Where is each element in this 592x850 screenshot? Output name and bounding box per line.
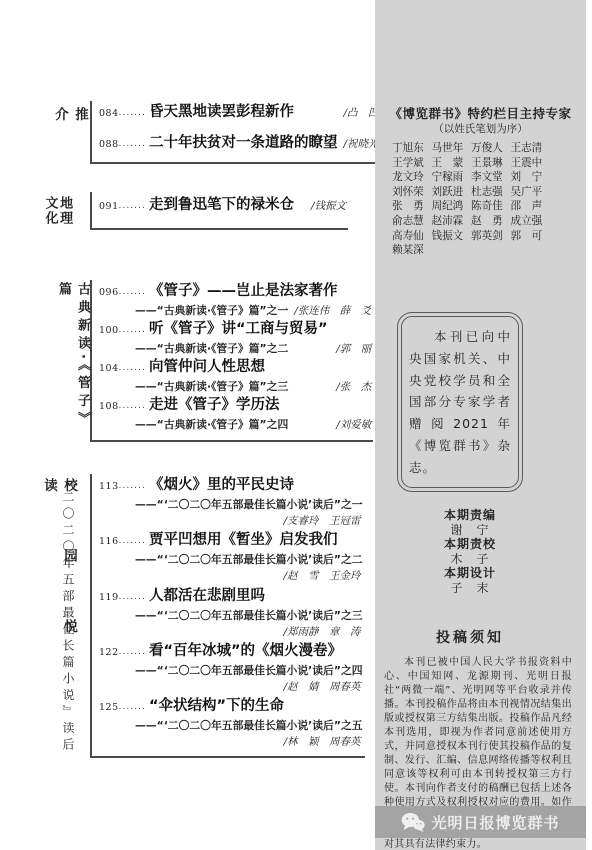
page-number: 091 <box>99 197 119 217</box>
expert-name: 王震中 <box>511 157 545 169</box>
entry-authors: /张 杰 <box>330 380 371 395</box>
section-label: 文化地理 <box>42 196 71 230</box>
entry-subtitle: ——“‘二〇二〇年五部最佳长篇小说’读后”之五 <box>135 718 363 733</box>
gift-note-box: 本刊已向中央国家机关、中央党校学员和全国部分专家学者赠阅2021年《博览群书》杂… <box>397 312 523 492</box>
expert-name: 成立强 <box>511 215 545 227</box>
expert-name: 万俊人 <box>471 142 505 154</box>
page-number: 113 <box>99 477 119 497</box>
entry-subtitle: ——“古典新读·《管子》篇”之二 <box>135 341 288 356</box>
expert-name: 赖某深 <box>392 244 426 256</box>
entry-subtitle: ——“‘二〇二〇年五部最佳长篇小说’读后”之二 <box>135 552 363 567</box>
toc-entry: 088 ....... 二十年扶贫对一条道路的瞭望 /祝晓光 <box>99 133 379 155</box>
experts-grid: 丁旭东马世年万俊人王志清王学斌王 蒙王景琳王震中龙文玲宁稼雨李文堂刘 宁刘怀荣刘… <box>392 142 544 256</box>
staff-role: 本期设计 <box>395 566 545 581</box>
experts-title: 《博览群书》特约栏目主持专家 <box>375 0 586 122</box>
toc-entry: 100 ....... 听《管子》讲“工商与贸易” ——“古典新读·《管子》篇”… <box>99 319 371 357</box>
entry-title: 《管子》——岂止是法家著作 <box>149 281 338 301</box>
expert-name: 王学斌 <box>392 157 426 169</box>
dot-leader: ....... <box>119 476 146 496</box>
section-label-zone: 推介 <box>38 101 90 164</box>
toc-section-campus-reading: 校园悦读 『二〇二〇年五部最佳长篇小说』读后 113 ....... 《烟火》里… <box>38 474 348 758</box>
magazine-toc-page: 推介 084 ....... 昏天黑地读罢彭程新作 /凸 凹 088 .....… <box>0 0 592 850</box>
toc-entry: 104 ....... 向管仲问人性思想 ——“古典新读·《管子》篇”之三 /张… <box>99 357 371 395</box>
expert-name: 宁稼雨 <box>432 171 466 183</box>
submission-notice-title: 投稿须知 <box>395 627 545 647</box>
entry-authors: /赵 婧 周春英 <box>278 681 361 693</box>
entry-title: 向管仲问人性思想 <box>149 357 265 377</box>
toc-entry: 122 ....... 看“百年冰城”的《烟火漫卷》 ——“‘二〇二〇年五部最佳… <box>99 641 363 694</box>
entry-title: 昏天黑地读罢彭程新作 <box>149 102 294 122</box>
entry-authors: /张连伟 薛 爻 <box>288 304 371 319</box>
entry-title: 走进《管子》学历法 <box>149 395 280 415</box>
entry-title: 走到鲁迅笔下的禄米仓 <box>149 195 294 215</box>
staff-credits: 本期责编 谢 宁 本期责校 木 子 本期设计 子 末 <box>395 508 545 595</box>
expert-name: 郭英剑 <box>471 230 505 242</box>
dot-leader: ....... <box>119 196 146 216</box>
staff-name: 子 末 <box>395 581 545 596</box>
expert-name: 赵 勇 <box>471 215 505 227</box>
expert-name: 陈奇佳 <box>471 200 505 212</box>
experts-note: （以姓氏笔划为序） <box>375 122 586 137</box>
page-number: 108 <box>99 397 119 417</box>
page-number: 088 <box>99 135 119 155</box>
expert-name: 王志清 <box>511 142 545 154</box>
dot-leader: ....... <box>119 396 146 416</box>
expert-name: 杜志强 <box>471 186 505 198</box>
entry-authors: /支睿玲 王冠雷 <box>278 515 361 527</box>
page-number: 084 <box>99 104 119 124</box>
dot-leader: ....... <box>119 697 146 717</box>
entry-title: 听《管子》讲“工商与贸易” <box>149 319 328 339</box>
expert-name: 李文堂 <box>471 171 505 183</box>
dot-leader: ....... <box>119 642 146 662</box>
wechat-icon <box>401 812 425 832</box>
expert-name: 张 勇 <box>392 200 426 212</box>
expert-name: 龙文玲 <box>392 171 426 183</box>
expert-name: 丁旭东 <box>392 142 426 154</box>
entry-authors: /赵 雪 王金玲 <box>278 570 361 582</box>
entry-subtitle: ——“古典新读·《管子》篇”之一 <box>135 303 288 318</box>
entry-title: 二十年扶贫对一条道路的瞭望 <box>149 133 338 153</box>
entry-subtitle: ——“古典新读·《管子》篇”之三 <box>135 379 288 394</box>
dot-leader: ....... <box>119 282 146 302</box>
expert-name: 吴广平 <box>511 186 545 198</box>
dot-leader: ....... <box>119 358 146 378</box>
staff-role: 本期责编 <box>395 508 545 523</box>
page-number: 116 <box>99 532 119 552</box>
entry-authors: /刘爱敏 <box>330 418 371 433</box>
expert-name: 王景琳 <box>471 157 505 169</box>
dot-leader: ....... <box>119 134 146 154</box>
page-number: 104 <box>99 359 119 379</box>
toc-entry: 125 ....... “伞状结构”下的生命 ——“‘二〇二〇年五部最佳长篇小说… <box>99 696 363 749</box>
section-label: 古典新读·《管子》篇 <box>54 282 92 442</box>
expert-name: 高寿仙 <box>392 230 426 242</box>
expert-name: 刘跃进 <box>432 186 466 198</box>
wechat-footer-bar: 光明日报博览群书 <box>375 806 586 838</box>
toc-entry: 108 ....... 走进《管子》学历法 ——“古典新读·《管子》篇”之四 /… <box>99 395 371 433</box>
entry-authors: /凸 凹 <box>337 103 378 123</box>
expert-name: 马世年 <box>432 142 466 154</box>
wechat-account-label: 光明日报博览群书 <box>431 812 559 833</box>
section-label-zone: 古典新读·《管子》篇 <box>38 280 90 442</box>
toc-section-guanzi: 古典新读·《管子》篇 096 ....... 《管子》——岂止是法家著作 ——“… <box>38 280 348 442</box>
toc-entry: 084 ....... 昏天黑地读罢彭程新作 /凸 凹 <box>99 102 379 124</box>
entry-subtitle: ——“‘二〇二〇年五部最佳长篇小说’读后”之一 <box>135 497 363 512</box>
section-sublabel: 『二〇二〇年五部最佳长篇小说』读后 <box>60 474 77 755</box>
gift-note-text: 本刊已向中央国家机关、中央党校学员和全国部分专家学者赠阅2021年《博览群书》杂… <box>401 316 519 488</box>
expert-name: 周纪鸿 <box>432 200 466 212</box>
staff-name: 谢 宁 <box>395 523 545 538</box>
section-label-zone: 文化地理 <box>38 192 90 230</box>
entry-subtitle: ——“‘二〇二〇年五部最佳长篇小说’读后”之四 <box>135 663 363 678</box>
entry-authors: /祝晓光 <box>337 134 378 154</box>
entry-title: 贾平凹想用《暂坐》启发我们 <box>149 530 338 550</box>
toc-entry: 119 ....... 人都活在悲剧里吗 ——“‘二〇二〇年五部最佳长篇小说’读… <box>99 586 363 639</box>
page-number: 096 <box>99 283 119 303</box>
section-entries: 113 ....... 《烟火》里的平民史诗 ——“‘二〇二〇年五部最佳长篇小说… <box>90 474 365 758</box>
page-number: 122 <box>99 643 119 663</box>
expert-name: 钱振文 <box>432 230 466 242</box>
dot-leader: ....... <box>119 531 146 551</box>
toc-entry: 091 ....... 走到鲁迅笔下的禄米仓 /钱振文 <box>99 195 346 217</box>
expert-name: 邵 声 <box>511 200 545 212</box>
expert-name: 郭 可 <box>511 230 545 242</box>
expert-name: 俞志慧 <box>392 215 426 227</box>
expert-name: 赵沛霖 <box>432 215 466 227</box>
staff-name: 木 子 <box>395 552 545 567</box>
entry-subtitle: ——“古典新读·《管子》篇”之四 <box>135 417 288 432</box>
entry-title: “伞状结构”下的生命 <box>149 696 284 716</box>
entry-title: 看“百年冰城”的《烟火漫卷》 <box>149 641 342 661</box>
page-number: 100 <box>99 321 119 341</box>
dot-leader: ....... <box>119 587 146 607</box>
page-number: 125 <box>99 698 119 718</box>
sidebar: 《博览群书》特约栏目主持专家 （以姓氏笔划为序） 丁旭东马世年万俊人王志清王学斌… <box>375 0 586 850</box>
expert-name: 刘 宁 <box>511 171 545 183</box>
section-entries: 096 ....... 《管子》——岂止是法家著作 ——“古典新读·《管子》篇”… <box>90 280 373 442</box>
entry-subtitle: ——“‘二〇二〇年五部最佳长篇小说’读后”之三 <box>135 608 363 623</box>
toc-entry: 116 ....... 贾平凹想用《暂坐》启发我们 ——“‘二〇二〇年五部最佳长… <box>99 530 363 583</box>
page-number: 119 <box>99 588 119 608</box>
section-entries: 084 ....... 昏天黑地读罢彭程新作 /凸 凹 088 ....... … <box>90 101 381 164</box>
entry-authors: /郭 丽 <box>330 342 371 357</box>
expert-name: 王 蒙 <box>432 157 466 169</box>
section-entries: 091 ....... 走到鲁迅笔下的禄米仓 /钱振文 <box>90 192 348 230</box>
staff-role: 本期责校 <box>395 537 545 552</box>
dot-leader: ....... <box>119 320 146 340</box>
toc-section-recommend: 推介 084 ....... 昏天黑地读罢彭程新作 /凸 凹 088 .....… <box>38 101 348 164</box>
entry-title: 人都活在悲剧里吗 <box>149 586 265 606</box>
expert-name: 刘怀荣 <box>392 186 426 198</box>
dot-leader: ....... <box>119 103 146 123</box>
entry-authors: /郑雨静 章 涛 <box>278 626 361 638</box>
entry-authors: /钱振文 <box>305 196 346 216</box>
section-label: 推介 <box>50 107 90 164</box>
toc-entry: 113 ....... 《烟火》里的平民史诗 ——“‘二〇二〇年五部最佳长篇小说… <box>99 475 363 528</box>
toc-section-culture-geography: 文化地理 091 ....... 走到鲁迅笔下的禄米仓 /钱振文 <box>38 192 348 230</box>
entry-title: 《烟火》里的平民史诗 <box>149 475 294 495</box>
section-label-zone: 校园悦读 『二〇二〇年五部最佳长篇小说』读后 <box>38 474 90 758</box>
toc-entry: 096 ....... 《管子》——岂止是法家著作 ——“古典新读·《管子》篇”… <box>99 281 371 319</box>
entry-authors: /林 颖 周春英 <box>278 736 361 748</box>
